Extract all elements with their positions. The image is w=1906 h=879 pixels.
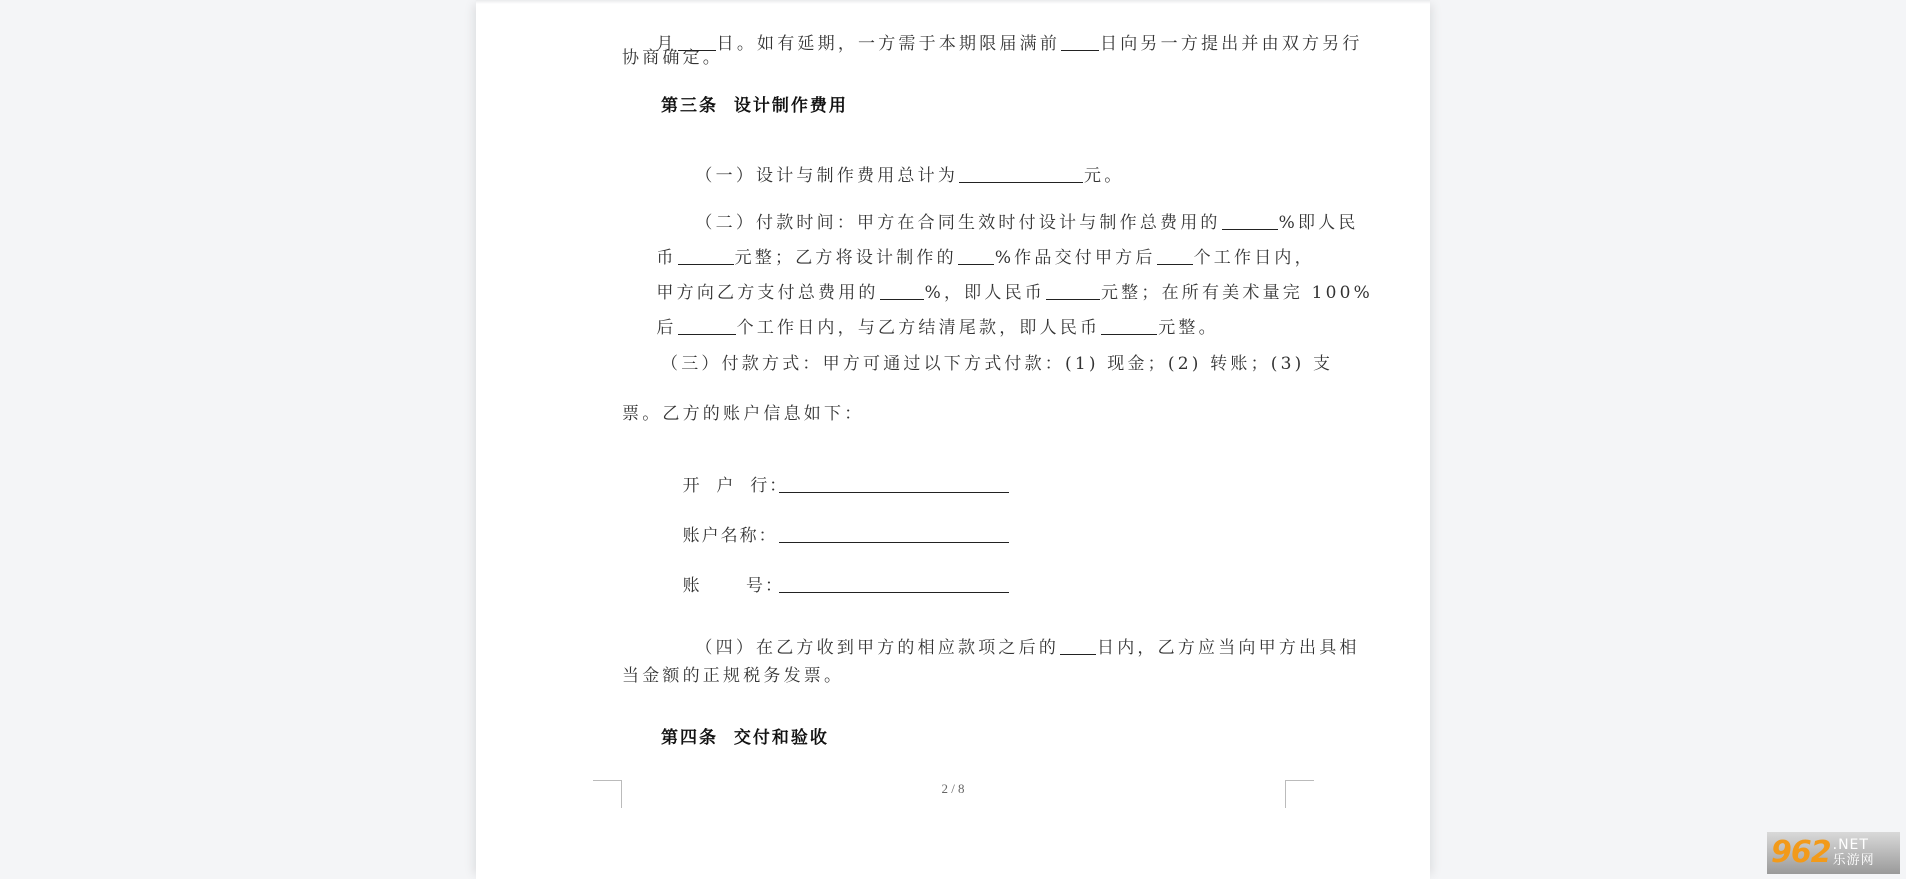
text-segment: （一）设计与制作费用总计为 xyxy=(695,166,958,186)
fill-in-blank xyxy=(678,318,736,335)
document-viewer: 月日。如有延期，一方需于本期限届满前日向另一方提出并由双方另行 协商确定。 第三… xyxy=(0,0,1906,879)
text-segment: 元。 xyxy=(1084,166,1124,186)
blank-line xyxy=(779,526,1009,543)
page-number: 2 / 8 xyxy=(0,781,1906,797)
watermark-domain: .NET xyxy=(1833,838,1875,853)
text-line: 月日。如有延期，一方需于本期限届满前日向另一方提出并由双方另行 xyxy=(622,11,1363,77)
text-line: 协商确定。 xyxy=(622,47,723,69)
text-line: （三）付款方式：甲方可通过以下方式付款：(1) 现金；(2) 转账；(3) 支 xyxy=(661,353,1333,375)
text-segment: 后 xyxy=(656,318,676,338)
text-segment: 个工作日内，与乙方结清尾款，即人民币 xyxy=(737,318,1101,338)
text-line: 当金额的正规税务发票。 xyxy=(622,665,844,687)
fill-in-blank xyxy=(959,166,1083,183)
fill-in-blank xyxy=(1060,638,1096,655)
watermark-number: 962 xyxy=(1771,838,1831,868)
blank-line xyxy=(779,476,1009,493)
text-segment: 日向另一方提出并由双方另行 xyxy=(1100,34,1363,54)
fill-in-blank xyxy=(1101,318,1157,335)
section-heading: 第四条 交付和验收 xyxy=(661,727,829,749)
text-segment: 日。如有延期，一方需于本期限届满前 xyxy=(717,34,1060,54)
field-label: 账 号： xyxy=(683,575,777,597)
text-segment: （四）在乙方收到甲方的相应款项之后的 xyxy=(695,638,1059,658)
field-label: 账户名称： xyxy=(683,525,777,547)
field-label: 开 户 行： xyxy=(683,475,777,497)
fill-in-blank xyxy=(1061,34,1099,51)
text-line: 后个工作日内，与乙方结清尾款，即人民币元整。 xyxy=(622,295,1219,361)
text-segment: 元整。 xyxy=(1158,318,1219,338)
account-field-number: 账 号： xyxy=(661,553,1009,619)
text-segment: 日内，乙方应当向甲方出具相 xyxy=(1097,638,1360,658)
text-line: 票。乙方的账户信息如下： xyxy=(622,403,864,425)
watermark-name: 乐游网 xyxy=(1833,853,1875,868)
blank-line xyxy=(779,576,1009,593)
document-page xyxy=(476,0,1430,879)
watermark-text: .NET 乐游网 xyxy=(1833,838,1875,868)
section-heading: 第三条 设计制作费用 xyxy=(661,95,848,117)
watermark-logo: 962 .NET 乐游网 xyxy=(1767,832,1900,874)
